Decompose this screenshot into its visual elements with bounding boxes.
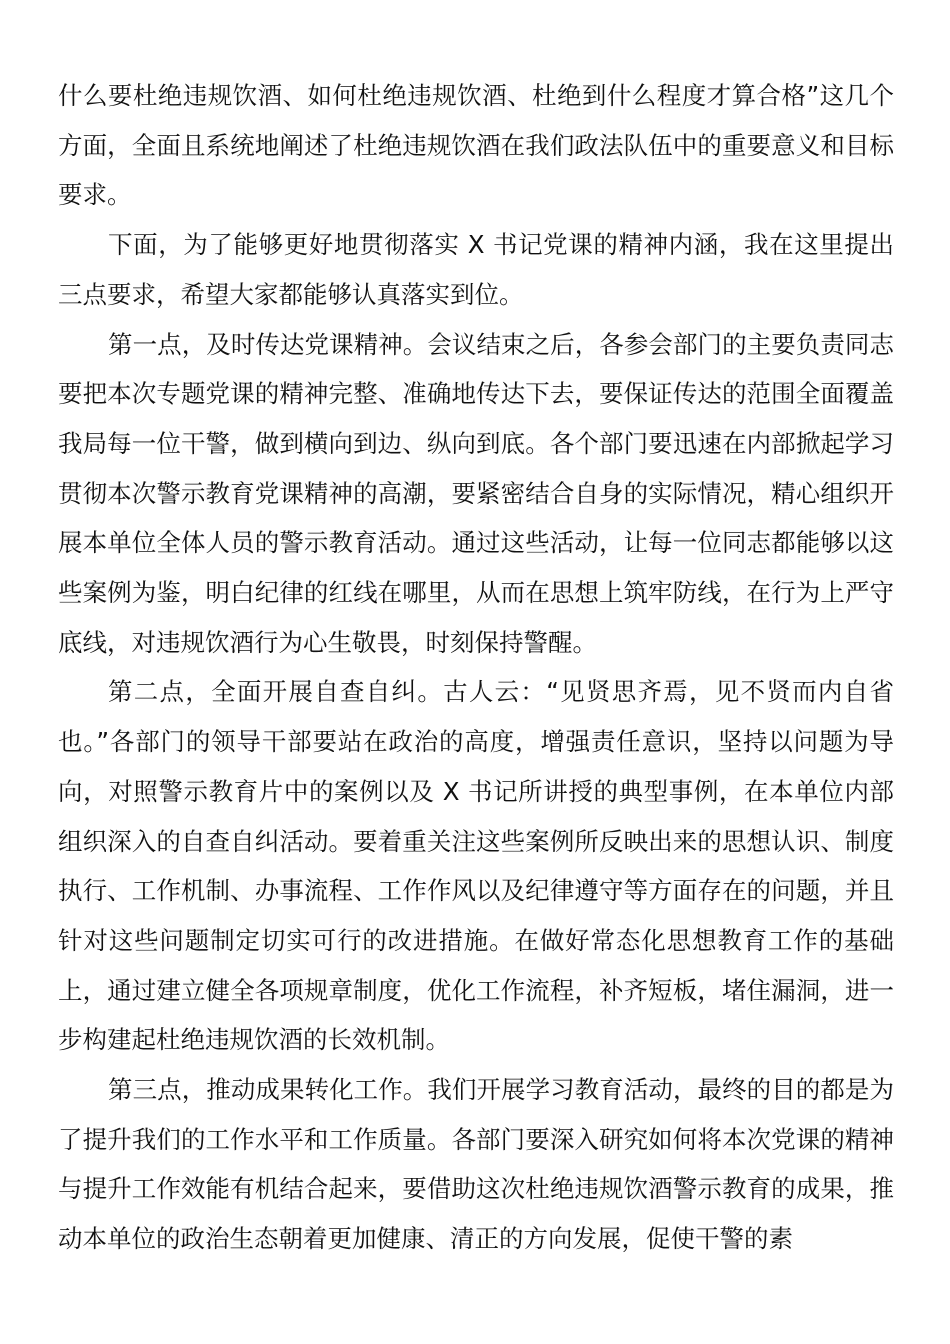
paragraph-continuation: 什么要杜绝违规饮酒、如何杜绝违规饮酒、杜绝到什么程度才算合格”这几个方面，全面且… xyxy=(58,71,894,220)
document-page: 什么要杜绝违规饮酒、如何杜绝违规饮酒、杜绝到什么程度才算合格”这几个方面，全面且… xyxy=(58,71,894,1264)
paragraph-point-two: 第二点，全面开展自查自纠。古人云：“见贤思齐焉，见不贤而内自省也。”各部门的领导… xyxy=(58,667,894,1065)
paragraph-three-requirements-intro: 下面，为了能够更好地贯彻落实 X 书记党课的精神内涵，我在这里提出三点要求，希望… xyxy=(58,220,894,319)
paragraph-point-one: 第一点，及时传达党课精神。会议结束之后，各参会部门的主要负责同志要把本次专题党课… xyxy=(58,320,894,668)
paragraph-point-three: 第三点，推动成果转化工作。我们开展学习教育活动，最终的目的都是为了提升我们的工作… xyxy=(58,1065,894,1264)
